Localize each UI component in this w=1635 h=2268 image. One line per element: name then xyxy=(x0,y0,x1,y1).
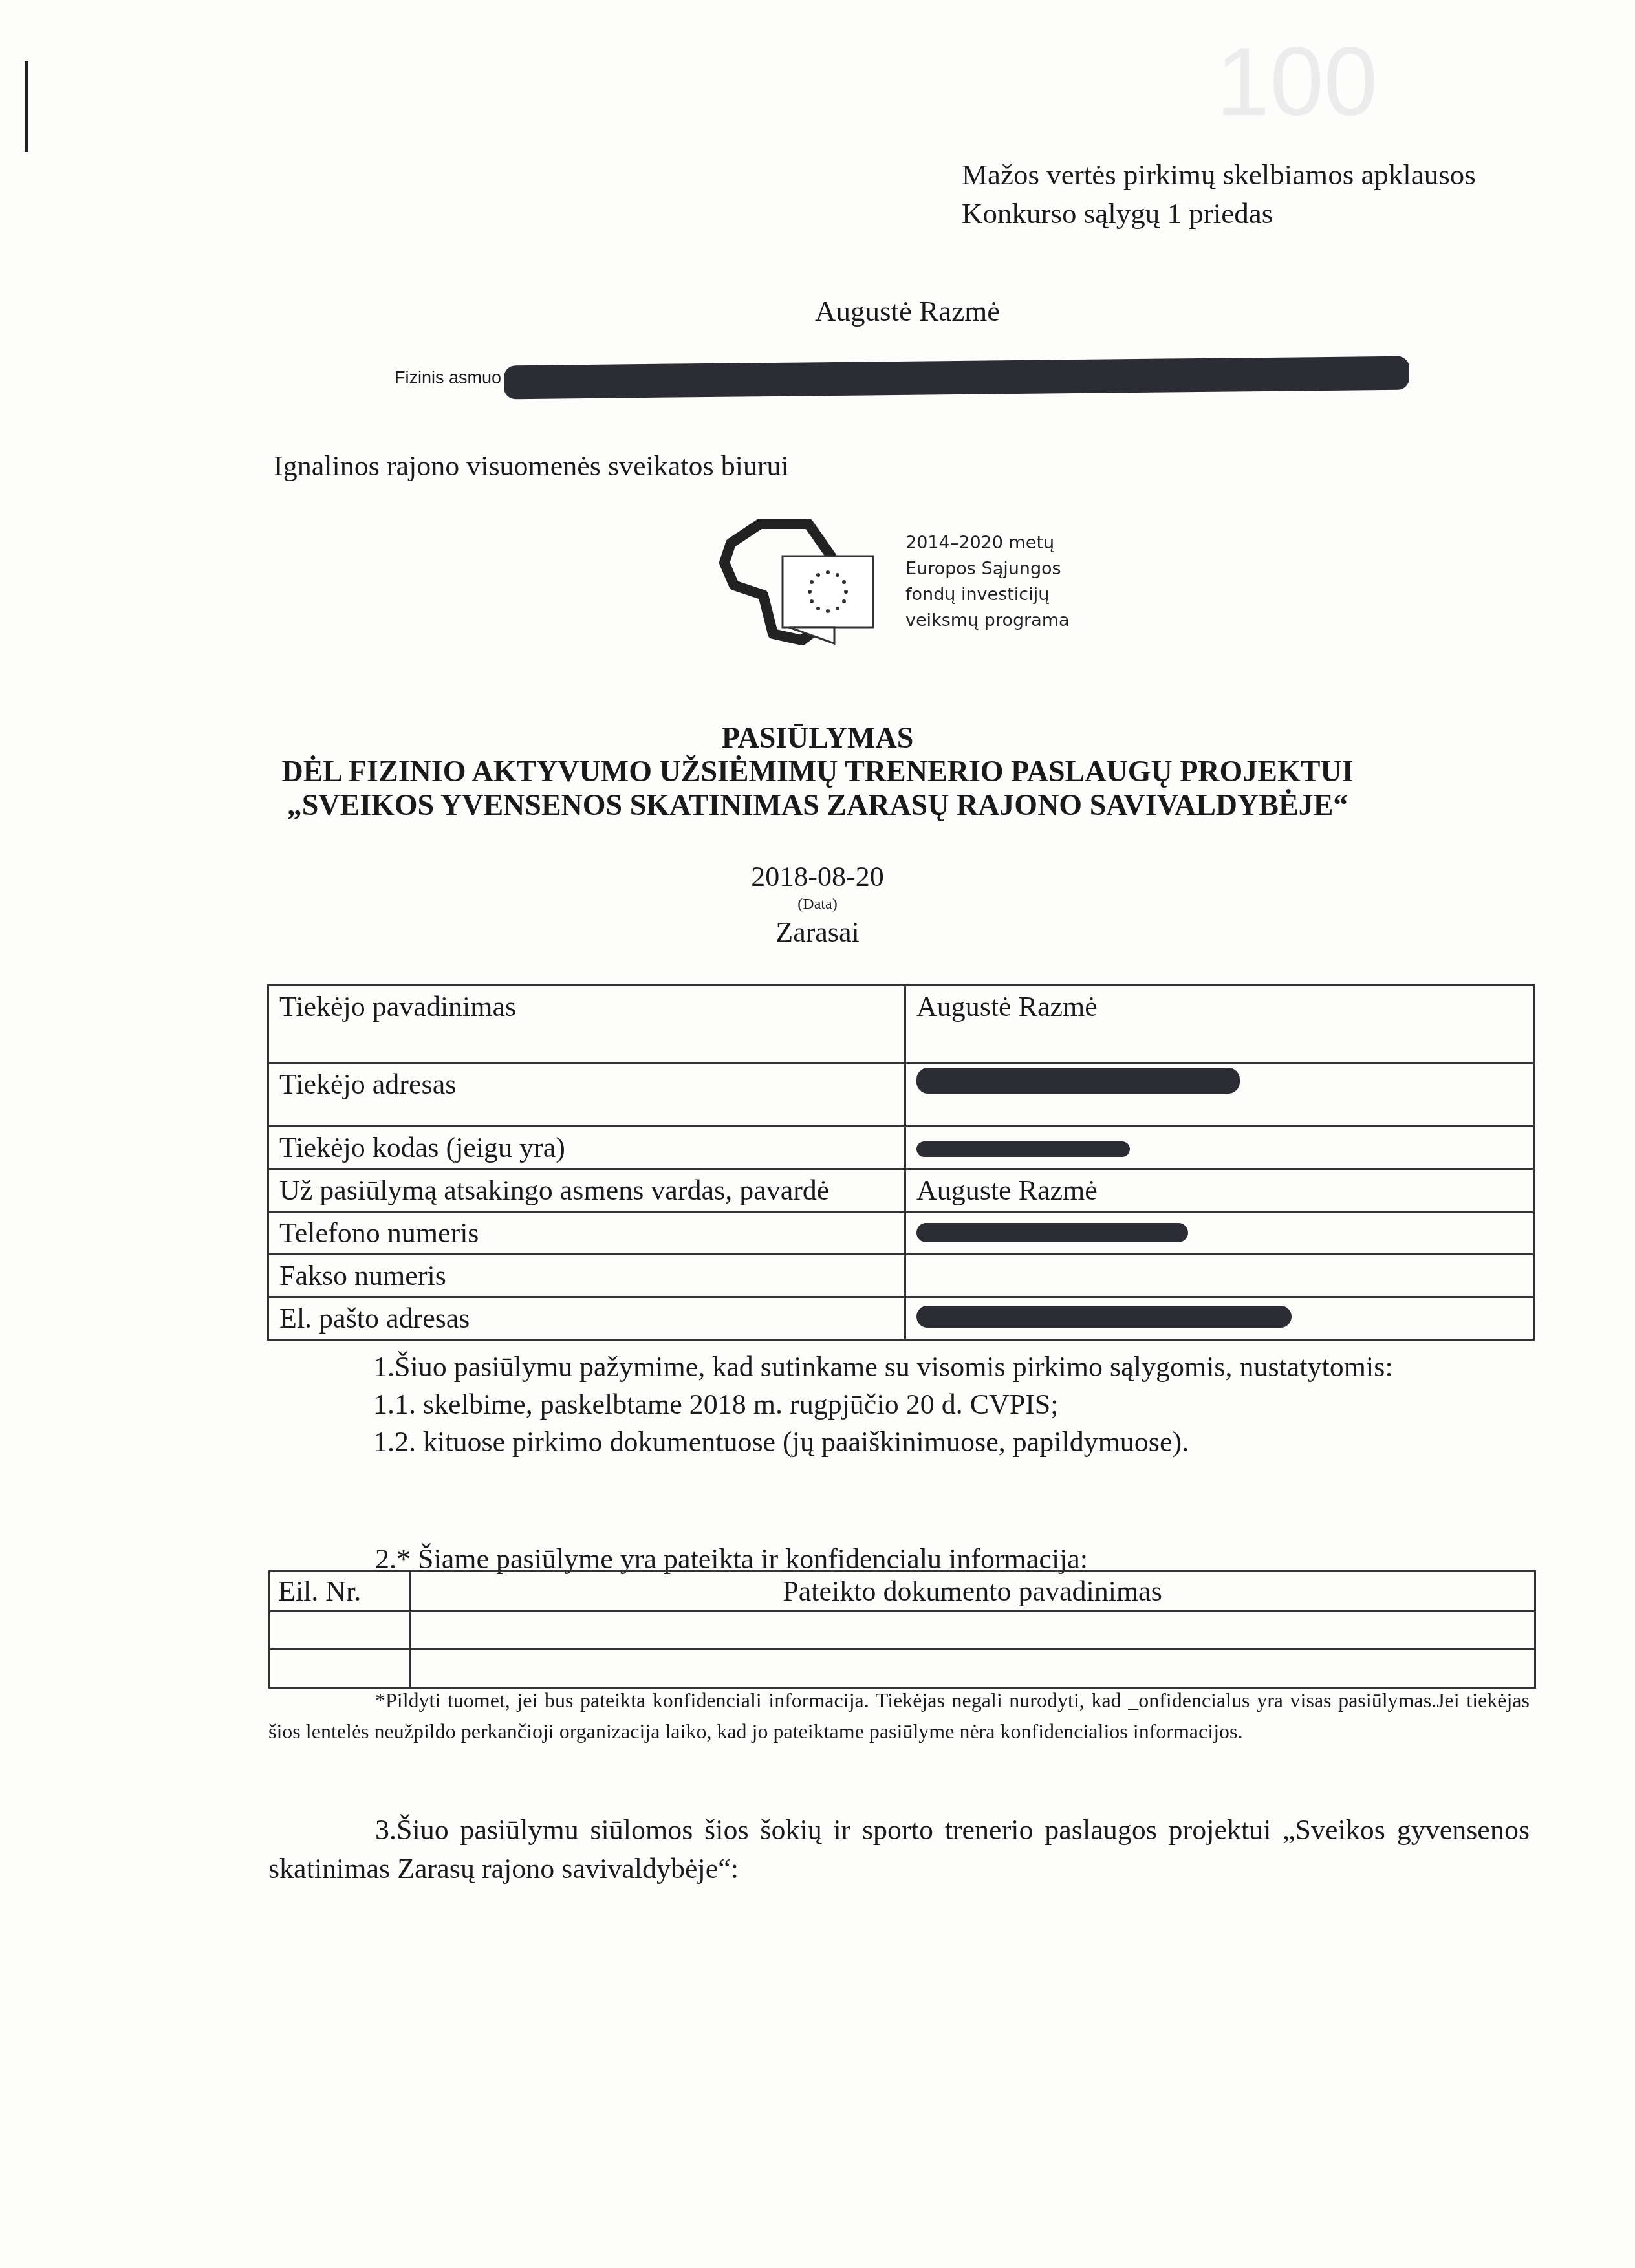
table-row: Tiekėjo pavadinimas Augustė Razmė xyxy=(268,986,1534,1063)
table-row: Už pasiūlymą atsakingo asmens vardas, pa… xyxy=(268,1169,1534,1212)
col-header-name: Pateikto dokumento pavadinimas xyxy=(410,1571,1535,1612)
contact-line: Fizinis asmuo xyxy=(395,361,1409,394)
logo-line: 2014–2020 metų xyxy=(905,530,1070,556)
cell-name xyxy=(410,1612,1535,1650)
annex-header-line1: Mažos vertės pirkimų skelbiamos apklauso… xyxy=(962,155,1476,194)
row-label: Tiekėjo adresas xyxy=(268,1063,905,1127)
document-place: Zarasai xyxy=(0,916,1635,949)
row-value xyxy=(905,1212,1534,1255)
supplier-table: Tiekėjo pavadinimas Augustė Razmė Tiekėj… xyxy=(267,984,1535,1341)
row-label: Telefono numeris xyxy=(268,1212,905,1255)
author-name: Augustė Razmė xyxy=(815,294,1000,328)
row-value xyxy=(905,1297,1534,1340)
title-line2: DĖL FIZINIO AKTYVUMO UŽSIĖMIMŲ TRENERIO … xyxy=(0,755,1635,788)
row-label: El. pašto adresas xyxy=(268,1297,905,1340)
row-value: Augustė Razmė xyxy=(905,986,1534,1063)
table-row: Telefono numeris xyxy=(268,1212,1534,1255)
contact-line-label: Fizinis asmuo xyxy=(395,368,501,388)
table-header-row: Eil. Nr. Pateikto dokumento pavadinimas xyxy=(270,1571,1535,1612)
redaction-bar xyxy=(916,1223,1188,1242)
table-row: Tiekėjo kodas (jeigu yra) xyxy=(268,1127,1534,1169)
title-line3: „SVEIKOS YVENSENOS SKATINIMAS ZARASŲ RAJ… xyxy=(0,788,1635,822)
document-date: 2018-08-20 xyxy=(0,860,1635,893)
annex-header: Mažos vertės pirkimų skelbiamos apklauso… xyxy=(962,155,1476,233)
clause-1: 1.Šiuo pasiūlymu pažymime, kad sutinkame… xyxy=(373,1348,1393,1386)
row-value xyxy=(905,1063,1534,1127)
document-title: PASIŪLYMAS DĖL FIZINIO AKTYVUMO UŽSIĖMIM… xyxy=(0,721,1635,822)
lithuania-eu-flag-icon xyxy=(711,517,880,647)
watermark: 100 xyxy=(1216,26,1378,138)
row-value xyxy=(905,1127,1534,1169)
table-row: Fakso numeris xyxy=(268,1255,1534,1297)
redaction-bar xyxy=(916,1306,1292,1328)
title-line1: PASIŪLYMAS xyxy=(0,721,1635,755)
row-label: Fakso numeris xyxy=(268,1255,905,1297)
table-row: Tiekėjo adresas xyxy=(268,1063,1534,1127)
redaction-bar xyxy=(916,1141,1130,1157)
recipient: Ignalinos rajono visuomenės sveikatos bi… xyxy=(274,449,789,482)
table-row: El. pašto adresas xyxy=(268,1297,1534,1340)
agreement-clauses: 1.Šiuo pasiūlymu pažymime, kad sutinkame… xyxy=(373,1348,1393,1461)
cell-no xyxy=(270,1650,410,1688)
row-value xyxy=(905,1255,1534,1297)
confidential-footnote: *Pildyti tuomet, jei bus pateikta konfid… xyxy=(268,1685,1530,1747)
date-place-block: 2018-08-20 (Data) Zarasai xyxy=(0,860,1635,949)
row-value: Auguste Razmė xyxy=(905,1169,1534,1212)
cell-no xyxy=(270,1612,410,1650)
row-label: Už pasiūlymą atsakingo asmens vardas, pa… xyxy=(268,1169,905,1212)
redaction-bar xyxy=(504,356,1409,400)
clause-1-1: 1.1. skelbime, paskelbtame 2018 m. rugpj… xyxy=(373,1386,1393,1423)
row-label: Tiekėjo pavadinimas xyxy=(268,986,905,1063)
clause-1-2: 1.2. kituose pirkimo dokumentuose (jų pa… xyxy=(373,1423,1393,1461)
row-label: Tiekėjo kodas (jeigu yra) xyxy=(268,1127,905,1169)
logo-line: Europos Sąjungos xyxy=(905,556,1070,582)
col-header-no: Eil. Nr. xyxy=(270,1571,410,1612)
logo-line: fondų investicijų xyxy=(905,582,1070,608)
scan-artifact-mark xyxy=(25,61,28,152)
annex-header-line2: Konkurso sąlygų 1 priedas xyxy=(962,194,1476,233)
date-caption: (Data) xyxy=(0,896,1635,913)
redaction-bar xyxy=(916,1068,1240,1094)
logo-line: veiksmų programa xyxy=(905,608,1070,634)
table-row xyxy=(270,1650,1535,1688)
eu-funds-logo: 2014–2020 metų Europos Sąjungos fondų in… xyxy=(711,517,1070,647)
confidential-table: Eil. Nr. Pateikto dokumento pavadinimas xyxy=(268,1570,1536,1689)
section-3-text: 3.Šiuo pasiūlymu siūlomos šios šokių ir … xyxy=(268,1811,1530,1888)
cell-name xyxy=(410,1650,1535,1688)
table-row xyxy=(270,1612,1535,1650)
logo-caption: 2014–2020 metų Europos Sąjungos fondų in… xyxy=(905,530,1070,634)
